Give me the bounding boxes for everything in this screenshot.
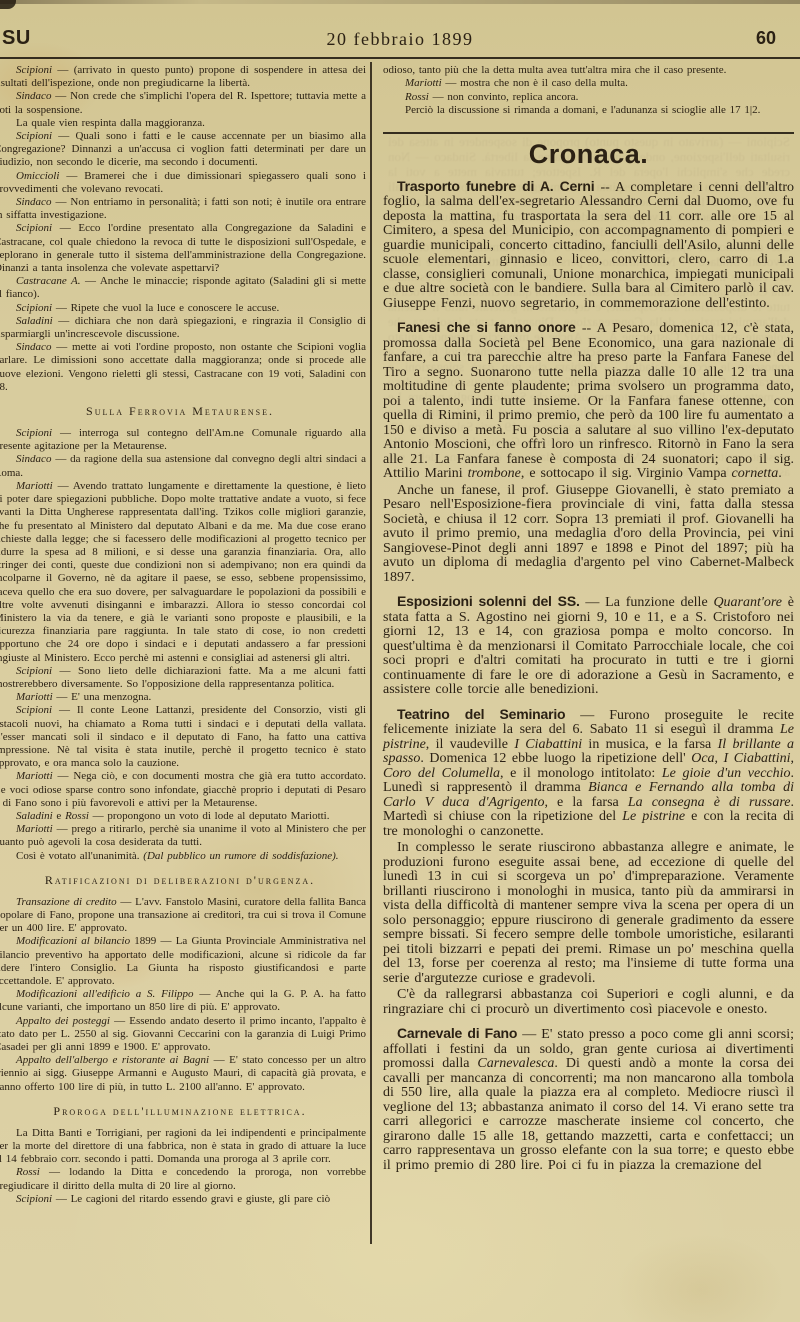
text-run: è stata fatta a S. Agostino nei giorni 9… xyxy=(383,595,794,697)
paragraph: Modificazioni all'edificio a S. Filippo … xyxy=(0,988,366,1014)
italic-text: Oca xyxy=(691,751,714,766)
text-run: , il vaudeville xyxy=(426,737,515,752)
text-run: — E' una menzogna. xyxy=(53,691,152,703)
text-run: — non convinto, replica ancora. xyxy=(429,91,578,103)
text-run: — da ragione della sua astensione dal co… xyxy=(0,453,366,478)
italic-text: (Dal pubblico un rumore di soddisfazione… xyxy=(143,850,338,862)
column-divider xyxy=(370,62,372,1244)
text-run: — Nega ciò, e con documenti mostra che g… xyxy=(0,770,366,808)
paragraph: Sindaco — Non entriamo in personalità; i… xyxy=(0,196,366,222)
paragraph: Saladini — dichiara che non darà spiegaz… xyxy=(0,315,366,341)
text-run: . Di questi andò a monte la corsa dei ca… xyxy=(383,1056,794,1173)
italic-text: Saladini xyxy=(16,315,53,327)
text-run: , e la farsa xyxy=(544,795,627,810)
article-lead: Teatrino del Seminario xyxy=(397,706,565,722)
paragraph: Mariotti — Nega ciò, e con documenti mos… xyxy=(0,770,366,810)
paragraph: Esposizioni solenni del SS. — La funzion… xyxy=(383,594,794,698)
paragraph: Carnevale di Fano — E' stato presso a po… xyxy=(383,1026,794,1173)
text-run: -- A completare i cenni dell'altro fogli… xyxy=(383,180,794,311)
italic-text: Rossi xyxy=(65,810,89,822)
paragraph: Rossi — non convinto, replica ancora. xyxy=(383,91,794,104)
italic-text: Mariotti xyxy=(16,691,53,703)
paragraph: odioso, tanto più che la detta multa ave… xyxy=(383,64,794,77)
paragraph: Rossi — lodando la Ditta e concedendo la… xyxy=(0,1166,366,1192)
italic-text: Sindaco xyxy=(16,196,51,208)
text-run: , e il monologo intitolato: xyxy=(500,766,662,781)
italic-text: Sindaco xyxy=(16,90,51,102)
corner-ink-blot xyxy=(0,0,16,9)
right-column: odioso, tanto più che la detta multa ave… xyxy=(383,64,794,1173)
paragraph: Scipioni — Ecco l'ordine presentato alla… xyxy=(0,222,366,275)
article-lead: Trasporto funebre di A. Cerni xyxy=(397,178,594,194)
paragraph: Scipioni — (arrivato in questo punto) pr… xyxy=(0,64,366,90)
text-run: — Sono lieto delle dichiarazioni fatte. … xyxy=(0,665,366,690)
paragraph: Sindaco — da ragione della sua astension… xyxy=(0,453,366,479)
paragraph: Teatrino del Seminario — Furono prosegui… xyxy=(383,707,794,840)
italic-text: Appalto dell'albergo e ristorante ai Bag… xyxy=(16,1054,209,1066)
paragraph: Mariotti — mostra che non è il caso dell… xyxy=(383,77,794,90)
paragraph: Scipioni — interroga sul contegno dell'A… xyxy=(0,427,366,453)
italic-text: Omiccioli xyxy=(16,170,59,182)
italic-text: Castracane A. xyxy=(16,275,80,287)
paragraph: Saladini e Rossi — propongono un voto di… xyxy=(0,810,366,823)
paragraph: Sindaco — Non crede che s'implichi l'ope… xyxy=(0,90,366,116)
text-run: Così è votato all'unanimità. xyxy=(16,850,143,862)
paragraph: In complesso le serate riuscirono abbast… xyxy=(383,841,794,986)
italic-text: Sindaco xyxy=(16,341,51,353)
paragraph: Sindaco — mette ai voti l'ordine propost… xyxy=(0,341,366,394)
text-run: Anche un fanese, il prof. Giuseppe Giova… xyxy=(383,483,794,585)
text-run: — mette ai voti l'ordine proposto, non o… xyxy=(0,341,366,393)
italic-text: Transazione di credito xyxy=(16,896,117,908)
text-run: Perciò la discussione si rimanda a doman… xyxy=(405,104,760,116)
text-run: , xyxy=(715,751,724,766)
paragraph: Mariotti — prego a ritirarlo, perchè sia… xyxy=(0,823,366,849)
text-run: — (arrivato in questo punto) propone di … xyxy=(0,64,366,89)
paragraph: Appalto dei posteggi — Essendo andato de… xyxy=(0,1015,366,1055)
article-lead: Fanesi che si fanno onore xyxy=(397,319,576,335)
text-run: La Ditta Banti e Torrigiani, per ragioni… xyxy=(0,1127,366,1165)
italic-text: Sindaco xyxy=(16,453,51,465)
italic-text: Rossi xyxy=(16,1166,40,1178)
italic-text: Scipioni xyxy=(16,130,52,142)
paragraph: Scipioni — Quali sono i fatti e le cause… xyxy=(0,130,366,170)
italic-text: Mariotti xyxy=(16,480,53,492)
header-rule xyxy=(0,57,800,59)
italic-text: Modificazioni al bilancio xyxy=(16,935,130,947)
paragraph: La quale vien respinta dalla maggioranza… xyxy=(0,117,366,130)
italic-text: cornetta xyxy=(732,466,779,481)
italic-text: Scipioni xyxy=(16,64,52,76)
section-title: Cronaca. xyxy=(383,139,794,170)
section-subheading: Proroga dell'illuminazione elettrica. xyxy=(0,1104,366,1119)
paragraph: Mariotti — E' una menzogna. xyxy=(0,691,366,704)
text-run: . Domenica 12 ebbe luogo la ripetizione … xyxy=(420,751,691,766)
text-run: — La funzione delle xyxy=(580,595,714,610)
text-run: In complesso le serate riuscirono abbast… xyxy=(383,840,794,986)
text-run: , xyxy=(791,751,795,766)
paragraph: Perciò la discussione si rimanda a doman… xyxy=(383,104,794,117)
italic-text: Scipioni xyxy=(16,1193,52,1205)
paragraph: Mariotti — Avendo trattato lungamente e … xyxy=(0,480,366,665)
italic-text: Rossi xyxy=(405,91,429,103)
italic-text: La consegna è di russare xyxy=(628,795,791,810)
paragraph: Castracane A. — Anche le minaccie; rispo… xyxy=(0,275,366,301)
paragraph: Scipioni — Sono lieto delle dichiarazion… xyxy=(0,665,366,691)
text-run: , e sottocapo il sig. Virginio Vampa xyxy=(521,466,732,481)
text-run: in musica, e la farsa xyxy=(582,737,717,752)
paragraph: Trasporto funebre di A. Cerni -- A compl… xyxy=(383,179,794,312)
text-run: e xyxy=(53,810,65,822)
paragraph: Modificazioni al bilancio 1899 — La Giun… xyxy=(0,935,366,988)
italic-text: Scipioni xyxy=(16,665,52,677)
text-run: — Le cagioni del ritardo essendo gravi e… xyxy=(52,1193,330,1205)
text-run: — Ripete che vuol la luce e conoscere le… xyxy=(52,302,279,314)
text-run: — Quali sono i fatti e le cause accennat… xyxy=(0,130,366,168)
italic-text: Modificazioni all'edificio a S. Filippo xyxy=(16,988,194,1000)
italic-text: Scipioni xyxy=(16,427,52,439)
text-run: -- A Pesaro, domenica 12, c'è stata, pro… xyxy=(383,321,794,481)
italic-text: I Ciabattini xyxy=(514,737,582,752)
italic-text: Scipioni xyxy=(16,704,52,716)
page-header: SU 20 febbraio 1899 60 xyxy=(0,27,800,51)
paragraph: Anche un fanese, il prof. Giuseppe Giova… xyxy=(383,484,794,586)
italic-text: Carnevalesca xyxy=(477,1056,554,1071)
italic-text: I Ciabattini xyxy=(724,751,791,766)
text-run: — mostra che non è il caso della multa. xyxy=(442,77,628,89)
text-run: — lodando la Ditta e concedendo la proro… xyxy=(0,1166,366,1191)
page-top-edge xyxy=(0,0,800,4)
italic-text: Scipioni xyxy=(16,222,52,234)
page-number: 60 xyxy=(756,28,776,49)
paragraph: Omiccioli — Bramerei che i due dimission… xyxy=(0,170,366,196)
paragraph: Così è votato all'unanimità. (Dal pubbli… xyxy=(0,850,366,863)
text-run: — interroga sul contegno dell'Am.ne Comu… xyxy=(0,427,366,452)
text-run: odioso, tanto più che la detta multa ave… xyxy=(383,64,726,76)
section-subheading: Ratificazioni di deliberazioni d'urgenza… xyxy=(0,873,366,888)
italic-text: Le gioie d'un vecchio xyxy=(662,766,791,781)
paragraph: C'è da rallegrarsi abbastanza coi Superi… xyxy=(383,988,794,1017)
section-subheading: Sulla Ferrovia Metaurense. xyxy=(0,404,366,419)
text-run: — dichiara che non darà spiegazioni, e r… xyxy=(0,315,366,340)
italic-text: Quarant'ore xyxy=(713,595,782,610)
italic-text: Le pistrine xyxy=(622,809,685,824)
text-run: — Non entriamo in personalità; i fatti s… xyxy=(0,196,366,221)
italic-text: Mariotti xyxy=(16,823,53,835)
italic-text: Saladini xyxy=(16,810,53,822)
text-run: — prego a ritirarlo, perchè sia unanime … xyxy=(0,823,366,848)
italic-text: trombone xyxy=(468,466,521,481)
italic-text: Scipioni xyxy=(16,302,52,314)
paragraph: Scipioni — Le cagioni del ritardo essend… xyxy=(0,1193,366,1206)
text-run: — propongono un voto di lode al deputato… xyxy=(89,810,330,822)
paragraph: Appalto dell'albergo e ristorante ai Bag… xyxy=(0,1054,366,1094)
text-run: C'è da rallegrarsi abbastanza coi Superi… xyxy=(383,987,794,1017)
text-run: — Ecco l'ordine presentato alla Congrega… xyxy=(0,222,366,274)
paragraph: Fanesi che si fanno onore -- A Pesaro, d… xyxy=(383,320,794,482)
italic-text: Mariotti xyxy=(405,77,442,89)
issue-date: 20 febbraio 1899 xyxy=(0,29,800,50)
paragraph: La Ditta Banti e Torrigiani, per ragioni… xyxy=(0,1127,366,1167)
left-column: Scipioni — (arrivato in questo punto) pr… xyxy=(0,64,366,1206)
text-run: La quale vien respinta dalla maggioranza… xyxy=(16,117,205,129)
article-lead: Esposizioni solenni del SS. xyxy=(397,593,580,609)
text-run: — Avendo trattato lungamente e direttame… xyxy=(0,480,366,664)
italic-text: Appalto dei posteggi xyxy=(16,1015,110,1027)
text-run: . xyxy=(778,466,782,481)
italic-text: Mariotti xyxy=(16,770,53,782)
paragraph: Scipioni — Ripete che vuol la luce e con… xyxy=(0,302,366,315)
text-run: — Non crede che s'implichi l'opera del R… xyxy=(0,90,366,115)
article-lead: Carnevale di Fano xyxy=(397,1025,517,1041)
section-divider xyxy=(383,132,794,134)
text-run: — Il conte Leone Lattanzi, presidente de… xyxy=(0,704,366,769)
italic-text: Coro del Columella xyxy=(383,766,500,781)
paragraph: Transazione di credito — L'avv. Fanstolo… xyxy=(0,896,366,936)
paragraph: Scipioni — Il conte Leone Lattanzi, pres… xyxy=(0,704,366,770)
